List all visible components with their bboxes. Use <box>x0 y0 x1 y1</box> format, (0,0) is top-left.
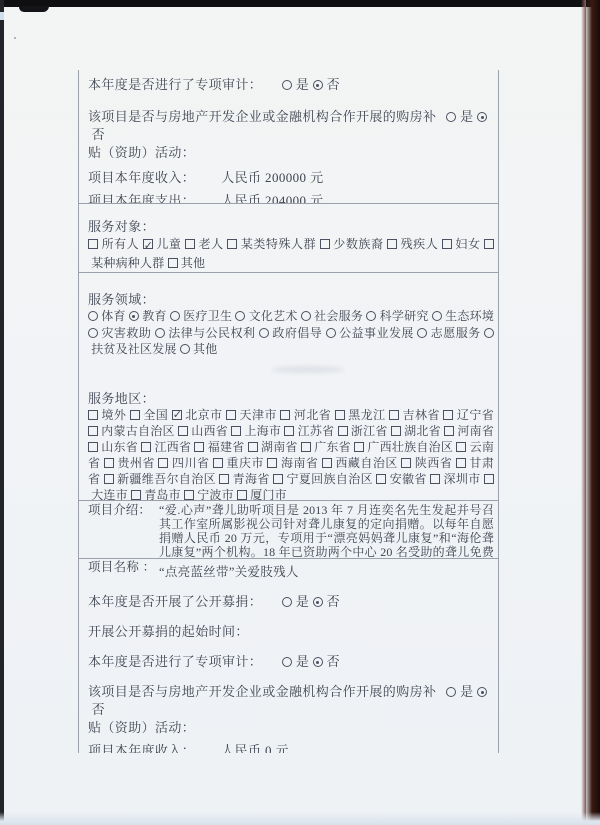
checkbox-icon <box>484 474 494 484</box>
checkbox-icon <box>401 458 411 468</box>
fundraise-time-line: 开展公开募捐的起始时间： <box>88 623 494 641</box>
project-name-line: 项目名称 ：“点亮蓝丝带”关爱肢残人 <box>88 559 494 581</box>
option-label: 福建省 <box>208 440 245 454</box>
checkbox-icon <box>389 410 399 420</box>
checkbox-icon <box>248 442 258 452</box>
checkbox-icon <box>104 474 114 484</box>
option-label: 大连市 <box>91 488 128 501</box>
option-label: 辽宁省 <box>457 408 494 422</box>
option-label: 少数族裔 <box>333 237 383 251</box>
checkbox-icon <box>376 474 386 484</box>
checkbox-icon <box>226 410 236 420</box>
option-label: 妇女 <box>455 237 480 251</box>
option-label: 否 <box>327 654 340 669</box>
income-line: 项目本年度收入：人民币 200000 元 <box>88 169 494 187</box>
option-label: 否 <box>327 77 340 92</box>
option-label: 某种病种人群 <box>91 256 164 270</box>
housing-question-2-label: 该项目是否与房地产开发企业或金融机构合作开展的购房补 <box>88 684 436 699</box>
expense-line: 项目本年度支出：人民币 204000 元 <box>88 192 494 203</box>
checkbox-icon <box>168 258 178 268</box>
option-label: 新疆维吾尔自治区 <box>117 472 216 486</box>
option-label: 厦门市 <box>250 488 287 501</box>
option-label: 否 <box>92 127 105 142</box>
option-label: 是 <box>460 684 473 699</box>
checkbox-icon <box>185 239 195 249</box>
option-label: 灾害救助 <box>101 326 151 340</box>
radio-selected-icon <box>313 657 323 667</box>
scan-edge-right <box>581 0 600 825</box>
radio-icon <box>282 80 292 90</box>
checkbox-icon <box>227 239 237 249</box>
audit-question-label: 本年度是否进行了专项审计： <box>88 77 262 92</box>
checkbox-icon <box>443 410 453 420</box>
option-label: 山东省 <box>101 440 138 454</box>
checkbox-icon <box>322 458 332 468</box>
radio-icon <box>417 328 427 338</box>
option-label: 否 <box>92 702 105 717</box>
option-label: 医疗卫生 <box>183 309 232 323</box>
option-label: 是 <box>296 654 309 669</box>
radio-icon <box>484 328 494 338</box>
option-label: 儿童 <box>156 237 181 251</box>
option-label: 是 <box>296 77 309 92</box>
option-label: 宁夏回族自治区 <box>286 472 373 486</box>
radio-icon <box>446 112 456 122</box>
project-intro: 项目介绍：“爱.心声”聋儿助听项目是 2013 年 7 月连奕名先生发起并号召其… <box>88 503 494 558</box>
checkbox-icon <box>280 410 290 420</box>
radio-icon <box>235 311 245 321</box>
scan-speck <box>14 37 16 39</box>
checkbox-icon <box>130 410 140 420</box>
housing-question-line1: 该项目是否与房地产开发企业或金融机构合作开展的购房补 是 否 <box>88 108 494 144</box>
radio-icon <box>88 311 98 321</box>
project-intro-text: “爱.心声”聋儿助听项目是 2013 年 7 月连奕名先生发起并号召其工作室所属… <box>159 503 494 558</box>
radio-icon <box>366 311 376 321</box>
expense-value: 人民币 204000 元 <box>221 193 323 203</box>
project-name-label: 项目名称 ： <box>88 559 155 576</box>
option-label: 全国 <box>143 408 168 422</box>
checkbox-icon <box>430 474 440 484</box>
option-label: 河南省 <box>457 424 494 438</box>
radio-icon <box>282 657 292 667</box>
checkbox-icon <box>213 458 223 468</box>
option-label: 政府倡导 <box>272 326 322 340</box>
option-label: 所有人 <box>102 237 140 251</box>
expense-label: 项目本年度支出： <box>88 193 195 203</box>
option-label: 河北省 <box>294 408 331 422</box>
radio-selected-icon <box>477 112 487 122</box>
radio-selected-icon <box>477 687 487 697</box>
checkbox-icon <box>184 490 194 500</box>
option-label: 贵州省 <box>118 456 155 470</box>
radio-icon <box>301 311 311 321</box>
checkbox-icon <box>104 458 114 468</box>
checkbox-icon <box>88 426 98 436</box>
checkbox-icon <box>267 458 277 468</box>
radio-selected-icon <box>129 311 139 321</box>
option-label: 社会服务 <box>314 309 363 323</box>
radio-icon <box>170 311 180 321</box>
scan-edge-bottom <box>0 812 600 825</box>
option-label: 生态环境 <box>445 309 494 323</box>
service-target-options: 所有人 儿童 老人 某类特殊人群 少数族裔 残疾人 妇女 某种病种人群 其他 <box>88 235 494 272</box>
scan-artifact-notch <box>0 12 4 20</box>
radio-icon <box>282 597 292 607</box>
row-project2-details: 项目名称 ：“点亮蓝丝带”关爱肢残人 本年度是否开展了公开募捐： 是 否 开展公… <box>79 558 498 753</box>
option-label: 深圳市 <box>444 472 481 486</box>
row-project-intro: 项目介绍：“爱.心声”聋儿助听项目是 2013 年 7 月连奕名先生发起并号召其… <box>79 500 498 558</box>
radio-icon <box>180 344 190 354</box>
service-field-options: 体育 教育 医疗卫生 文化艺术 社会服务 科学研究 生态环境 灾害救助 法律与公… <box>88 308 494 358</box>
option-label: 海南省 <box>281 456 318 470</box>
option-label: 内蒙古自治区 <box>101 424 174 438</box>
option-label: 青海省 <box>233 472 270 486</box>
housing-question-line2: 贴（资助）活动： <box>88 144 494 162</box>
audit-question-2-label: 本年度是否进行了专项审计： <box>88 654 262 669</box>
option-label: 志愿服务 <box>431 326 481 340</box>
radio-icon <box>432 311 442 321</box>
checkbox-icon <box>131 490 141 500</box>
option-label: 西藏自治区 <box>335 456 397 470</box>
checkbox-icon <box>158 458 168 468</box>
radio-icon <box>326 328 336 338</box>
checkbox-icon <box>442 239 452 249</box>
housing-question-label: 该项目是否与房地产开发企业或金融机构合作开展的购房补 <box>88 109 436 124</box>
form-table: 本年度是否进行了专项审计： 是 否 该项目是否与房地产开发企业或金融机构合作开展… <box>78 70 499 753</box>
option-label: 广西壮族自治区 <box>367 440 453 454</box>
service-field-label: 服务领域： <box>88 289 494 308</box>
option-label: 境外 <box>101 408 126 422</box>
scanned-document-page: 本年度是否进行了专项审计： 是 否 该项目是否与房地产开发企业或金融机构合作开展… <box>0 0 600 825</box>
option-label: 安徽省 <box>390 472 427 486</box>
option-label: 上海市 <box>244 424 281 438</box>
checkbox-icon <box>88 239 98 249</box>
option-label: 四川省 <box>172 456 209 470</box>
option-label: 天津市 <box>240 408 277 422</box>
income-value: 人民币 200000 元 <box>221 170 323 185</box>
option-label: 江西省 <box>154 440 191 454</box>
option-label: 体育 <box>101 309 125 323</box>
option-label: 教育 <box>142 309 166 323</box>
fundraise-question: 本年度是否开展了公开募捐： 是 否 <box>88 593 494 611</box>
income-2-label: 项目本年度收入： <box>88 743 195 753</box>
checkbox-icon <box>320 239 330 249</box>
checkbox-icon <box>88 410 98 420</box>
option-label: 扶贫及社区发展 <box>91 342 176 356</box>
checkbox-icon <box>335 410 345 420</box>
row-service-field-area: 服务领域： 体育 教育 医疗卫生 文化艺术 社会服务 科学研究 生态环境 灾害救… <box>79 272 498 500</box>
housing-question-2-line1: 该项目是否与房地产开发企业或金融机构合作开展的购房补 是 否 <box>88 683 494 719</box>
project-intro-label: 项目介绍： <box>88 503 151 517</box>
option-label: 江苏省 <box>298 424 335 438</box>
checkbox-icon <box>456 442 466 452</box>
income-2-value: 人民币 0 元 <box>221 743 289 753</box>
audit-options-2: 是 否 <box>282 654 340 669</box>
option-label: 其他 <box>193 342 217 356</box>
option-label: 重庆市 <box>226 456 263 470</box>
option-label: 残疾人 <box>401 237 439 251</box>
checkbox-selected-icon <box>143 239 153 249</box>
option-label: 是 <box>460 109 473 124</box>
option-label: 湖南省 <box>261 440 298 454</box>
scan-artifact-blob <box>19 6 49 12</box>
checkbox-icon <box>354 442 364 452</box>
option-label: 吉林省 <box>403 408 440 422</box>
option-label: 浙江省 <box>351 424 388 438</box>
option-label: 老人 <box>199 237 224 251</box>
checkbox-icon <box>338 426 348 436</box>
option-label: 科学研究 <box>380 309 429 323</box>
option-label: 公益事业发展 <box>339 326 414 340</box>
option-label: 文化艺术 <box>249 309 298 323</box>
checkbox-icon <box>284 426 294 436</box>
checkbox-icon <box>387 239 397 249</box>
fundraise-options: 是 否 <box>282 594 340 609</box>
service-area-options: 境外 全国 北京市 天津市 河北省 黑龙江 吉林省 辽宁省 内蒙古自治区 山西省… <box>88 407 494 501</box>
service-target-label: 服务对象： <box>88 216 494 235</box>
row-project1-details: 本年度是否进行了专项审计： 是 否 该项目是否与房地产开发企业或金融机构合作开展… <box>79 70 498 203</box>
option-label: 陕西省 <box>415 456 452 470</box>
option-label: 湖北省 <box>404 424 441 438</box>
option-label: 广东省 <box>314 440 351 454</box>
income-label: 项目本年度收入： <box>88 170 195 185</box>
checkbox-icon <box>456 458 466 468</box>
audit-options: 是 否 <box>282 77 340 92</box>
checkbox-icon <box>484 239 494 249</box>
radio-icon <box>259 328 269 338</box>
housing-question-2-line2: 贴（资助）活动： <box>88 719 494 737</box>
row-service-target: 服务对象： 所有人 儿童 老人 某类特殊人群 少数族裔 残疾人 妇女 某种病种人… <box>79 203 498 272</box>
project-name-value: “点亮蓝丝带”关爱肢残人 <box>159 565 299 579</box>
income-line-2: 项目本年度收入：人民币 0 元 <box>88 742 494 753</box>
checkbox-icon <box>301 442 311 452</box>
option-label: 黑龙江 <box>348 408 385 422</box>
checkbox-icon <box>444 426 454 436</box>
checkbox-icon <box>178 426 188 436</box>
option-label: 某类特殊人群 <box>241 237 316 251</box>
checkbox-icon <box>391 426 401 436</box>
checkbox-icon <box>273 474 283 484</box>
option-label: 北京市 <box>185 408 222 422</box>
radio-selected-icon <box>313 597 323 607</box>
radio-icon <box>446 687 456 697</box>
audit-question-2: 本年度是否进行了专项审计： 是 否 <box>88 653 494 671</box>
checkbox-icon <box>194 442 204 452</box>
audit-question: 本年度是否进行了专项审计： 是 否 <box>88 70 494 94</box>
option-label: 否 <box>327 594 340 609</box>
radio-icon <box>88 328 98 338</box>
scan-edge-left <box>0 0 4 825</box>
radio-selected-icon <box>313 80 323 90</box>
checkbox-icon <box>237 490 247 500</box>
checkbox-icon <box>231 426 241 436</box>
checkbox-icon <box>141 442 151 452</box>
option-label: 山西省 <box>191 424 228 438</box>
option-label: 其他 <box>181 256 205 270</box>
fundraise-question-label: 本年度是否开展了公开募捐： <box>88 594 262 609</box>
radio-icon <box>155 328 165 338</box>
checkbox-icon <box>219 474 229 484</box>
checkbox-selected-icon <box>172 410 182 420</box>
option-label: 宁波市 <box>197 488 234 501</box>
scan-edge-top <box>0 0 600 7</box>
option-label: 是 <box>296 594 309 609</box>
option-label: 青岛市 <box>144 488 181 501</box>
option-label: 法律与公民权利 <box>168 326 255 340</box>
checkbox-icon <box>88 442 98 452</box>
service-area-label: 服务地区： <box>88 388 494 407</box>
